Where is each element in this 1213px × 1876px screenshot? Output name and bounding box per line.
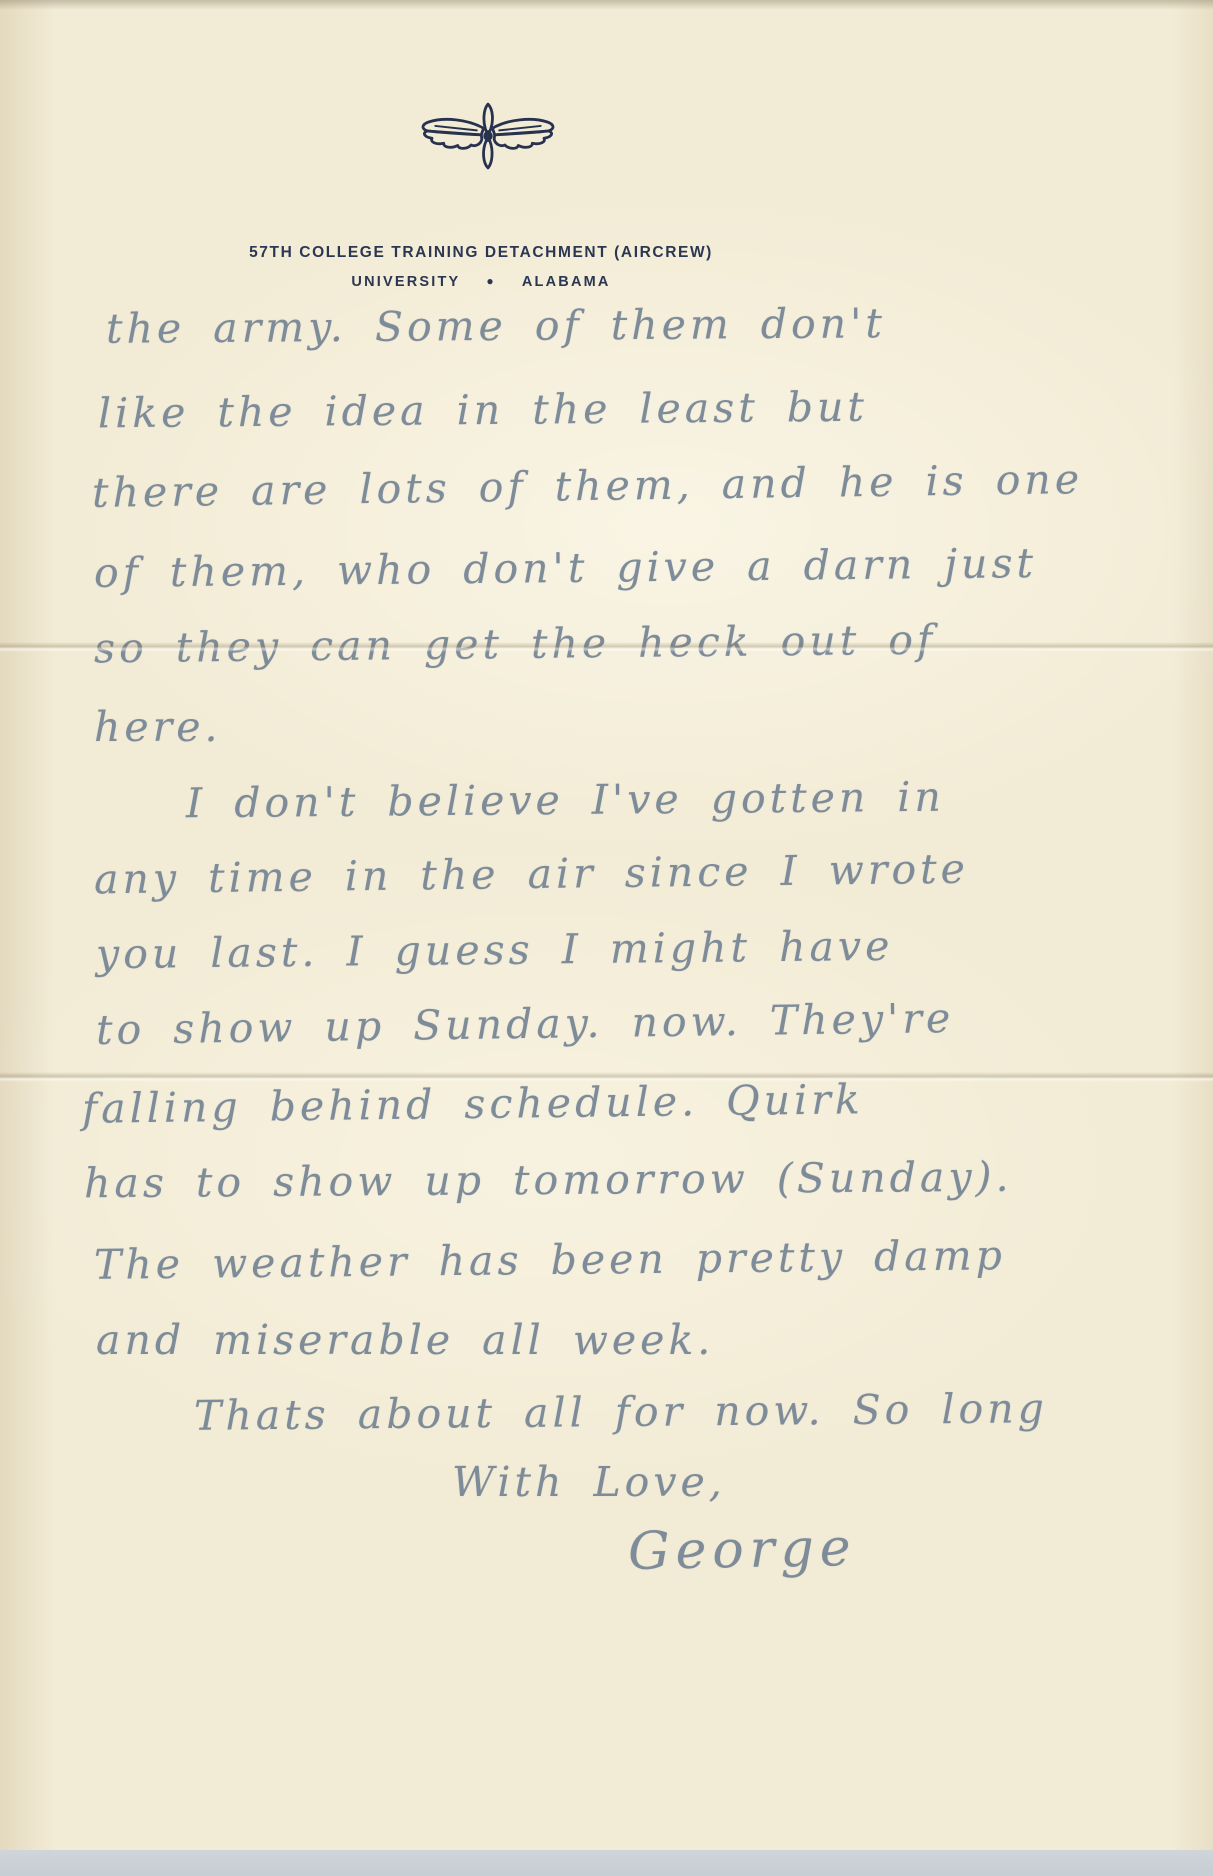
handwritten-line: falling behind schedule. Quirk xyxy=(82,1075,864,1133)
letterhead-location: UNIVERSITY●ALABAMA xyxy=(0,274,962,290)
handwritten-line: any time in the air since I wrote xyxy=(94,845,969,904)
handwritten-line: The weather has been pretty damp xyxy=(94,1231,1006,1289)
handwritten-line: like the idea in the least but xyxy=(98,383,868,438)
letterhead-location-city: UNIVERSITY xyxy=(351,274,460,290)
winged-propeller-icon xyxy=(404,82,572,190)
letter-page: 57TH COLLEGE TRAINING DETACHMENT (AIRCRE… xyxy=(0,0,1213,1876)
letterhead-separator-dot: ● xyxy=(486,274,495,288)
paper-fold-crease xyxy=(0,642,1213,652)
handwritten-line: of them, who don't give a darn just xyxy=(94,539,1037,597)
handwritten-line: to show up Sunday. now. They're xyxy=(96,994,955,1054)
closing-line: With Love, xyxy=(452,1458,726,1506)
paper-fold-crease xyxy=(0,1072,1213,1082)
handwritten-line: has to show up tomorrow (Sunday). xyxy=(84,1153,1013,1207)
letterhead-location-state: ALABAMA xyxy=(522,274,611,290)
handwritten-line: I don't believe I've gotten in xyxy=(186,773,945,828)
signature: George xyxy=(627,1518,857,1582)
handwritten-line: the army. Some of them don't xyxy=(106,299,886,352)
handwritten-line: you last. I guess I might have xyxy=(96,922,894,978)
handwritten-line: Thats about all for now. So long xyxy=(194,1384,1048,1439)
letterhead-unit-name: 57TH COLLEGE TRAINING DETACHMENT (AIRCRE… xyxy=(0,244,962,262)
handwritten-line: and miserable all week. xyxy=(96,1316,714,1364)
handwritten-line: there are lots of them, and he is one xyxy=(92,455,1084,517)
handwritten-line: here. xyxy=(94,703,222,751)
scan-bottom-edge xyxy=(0,1850,1213,1876)
